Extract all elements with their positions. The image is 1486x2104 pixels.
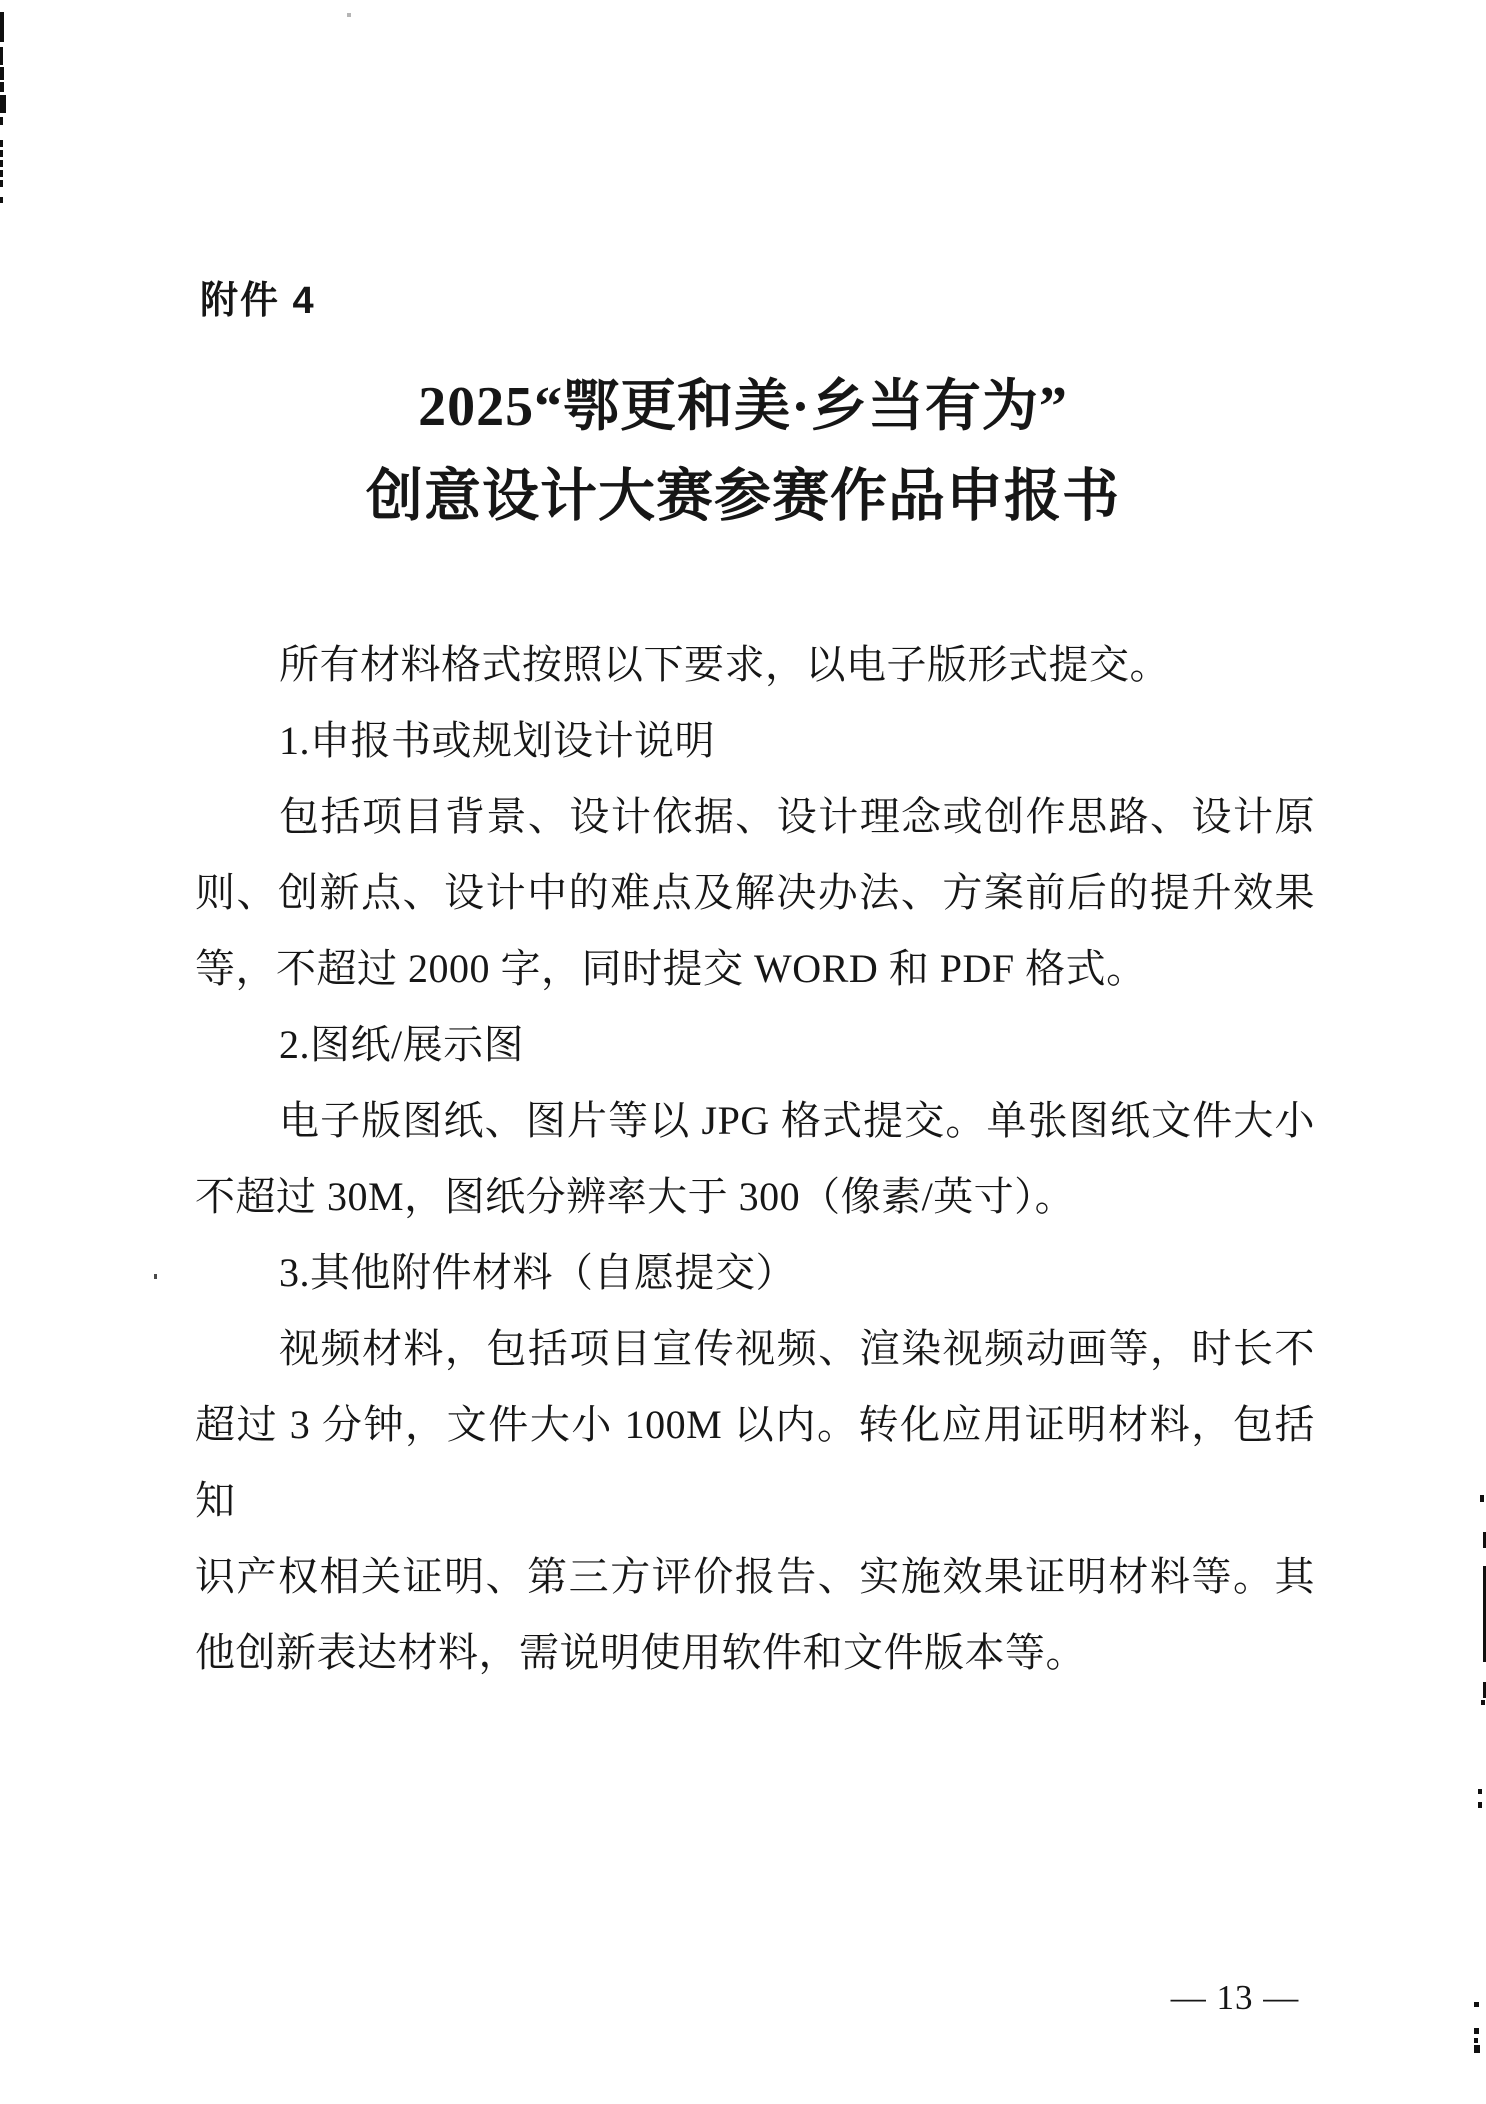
scan-artifact [0,82,4,92]
body-line: 3.其他附件材料（自愿提交） [195,1235,1315,1311]
scan-artifact [0,117,3,125]
scan-artifact [0,197,3,203]
scan-artifact [1481,1700,1485,1705]
scan-artifact [0,67,4,80]
body-line: 包括项目背景、设计依据、设计理念或创作思路、设计原 [195,779,1315,855]
body-line: 电子版图纸、图片等以 JPG 格式提交。单张图纸文件大小 [195,1083,1315,1159]
document-title-line1: 2025“鄂更和美·乡当有为” [183,362,1303,442]
scan-artifact [0,12,4,42]
scan-speck [347,13,351,17]
body-line: 他创新表达材料，需说明使用软件和文件版本等。 [195,1615,1315,1691]
page-number: — 13 — [1150,1978,1320,2018]
body-line: 1.申报书或规划设计说明 [195,703,1315,779]
scan-artifact [1474,2038,1478,2043]
scan-speck [154,1274,157,1279]
scan-artifact [0,140,3,147]
scan-artifact [1478,1802,1482,1808]
body-line: 超过 3 分钟，文件大小 100M 以内。转化应用证明材料，包括知 [195,1387,1315,1539]
document-page: 附件 4 2025“鄂更和美·乡当有为” 创意设计大赛参赛作品申报书 所有材料格… [0,0,1486,2104]
body-line: 等，不超过 2000 字，同时提交 WORD 和 PDF 格式。 [195,931,1315,1007]
scan-artifact [1474,2045,1480,2053]
scan-artifact [0,150,3,157]
body-line: 所有材料格式按照以下要求，以电子版形式提交。 [195,627,1315,703]
scan-artifact [0,180,3,187]
body-line: 不超过 30M，图纸分辨率大于 300（像素/英寸）。 [195,1159,1315,1235]
scan-artifact [1474,2028,1479,2034]
scan-artifact [0,160,3,167]
scan-artifact [0,47,3,65]
body-text: 所有材料格式按照以下要求，以电子版形式提交。1.申报书或规划设计说明包括项目背景… [195,627,1315,1691]
scan-artifact [0,170,3,177]
scan-artifact [1474,2002,1479,2007]
body-line: 2.图纸/展示图 [195,1007,1315,1083]
body-line: 视频材料，包括项目宣传视频、渲染视频动画等，时长不 [195,1311,1315,1387]
scan-artifact [0,95,6,113]
document-title-line2: 创意设计大赛参赛作品申报书 [183,450,1303,532]
body-line: 识产权相关证明、第三方评价报告、实施效果证明材料等。其 [195,1539,1315,1615]
scan-artifact [1478,1789,1482,1794]
attachment-label: 附件 4 [200,281,316,323]
scan-artifact [1480,1495,1484,1502]
body-line: 则、创新点、设计中的难点及解决办法、方案前后的提升效果 [195,855,1315,931]
